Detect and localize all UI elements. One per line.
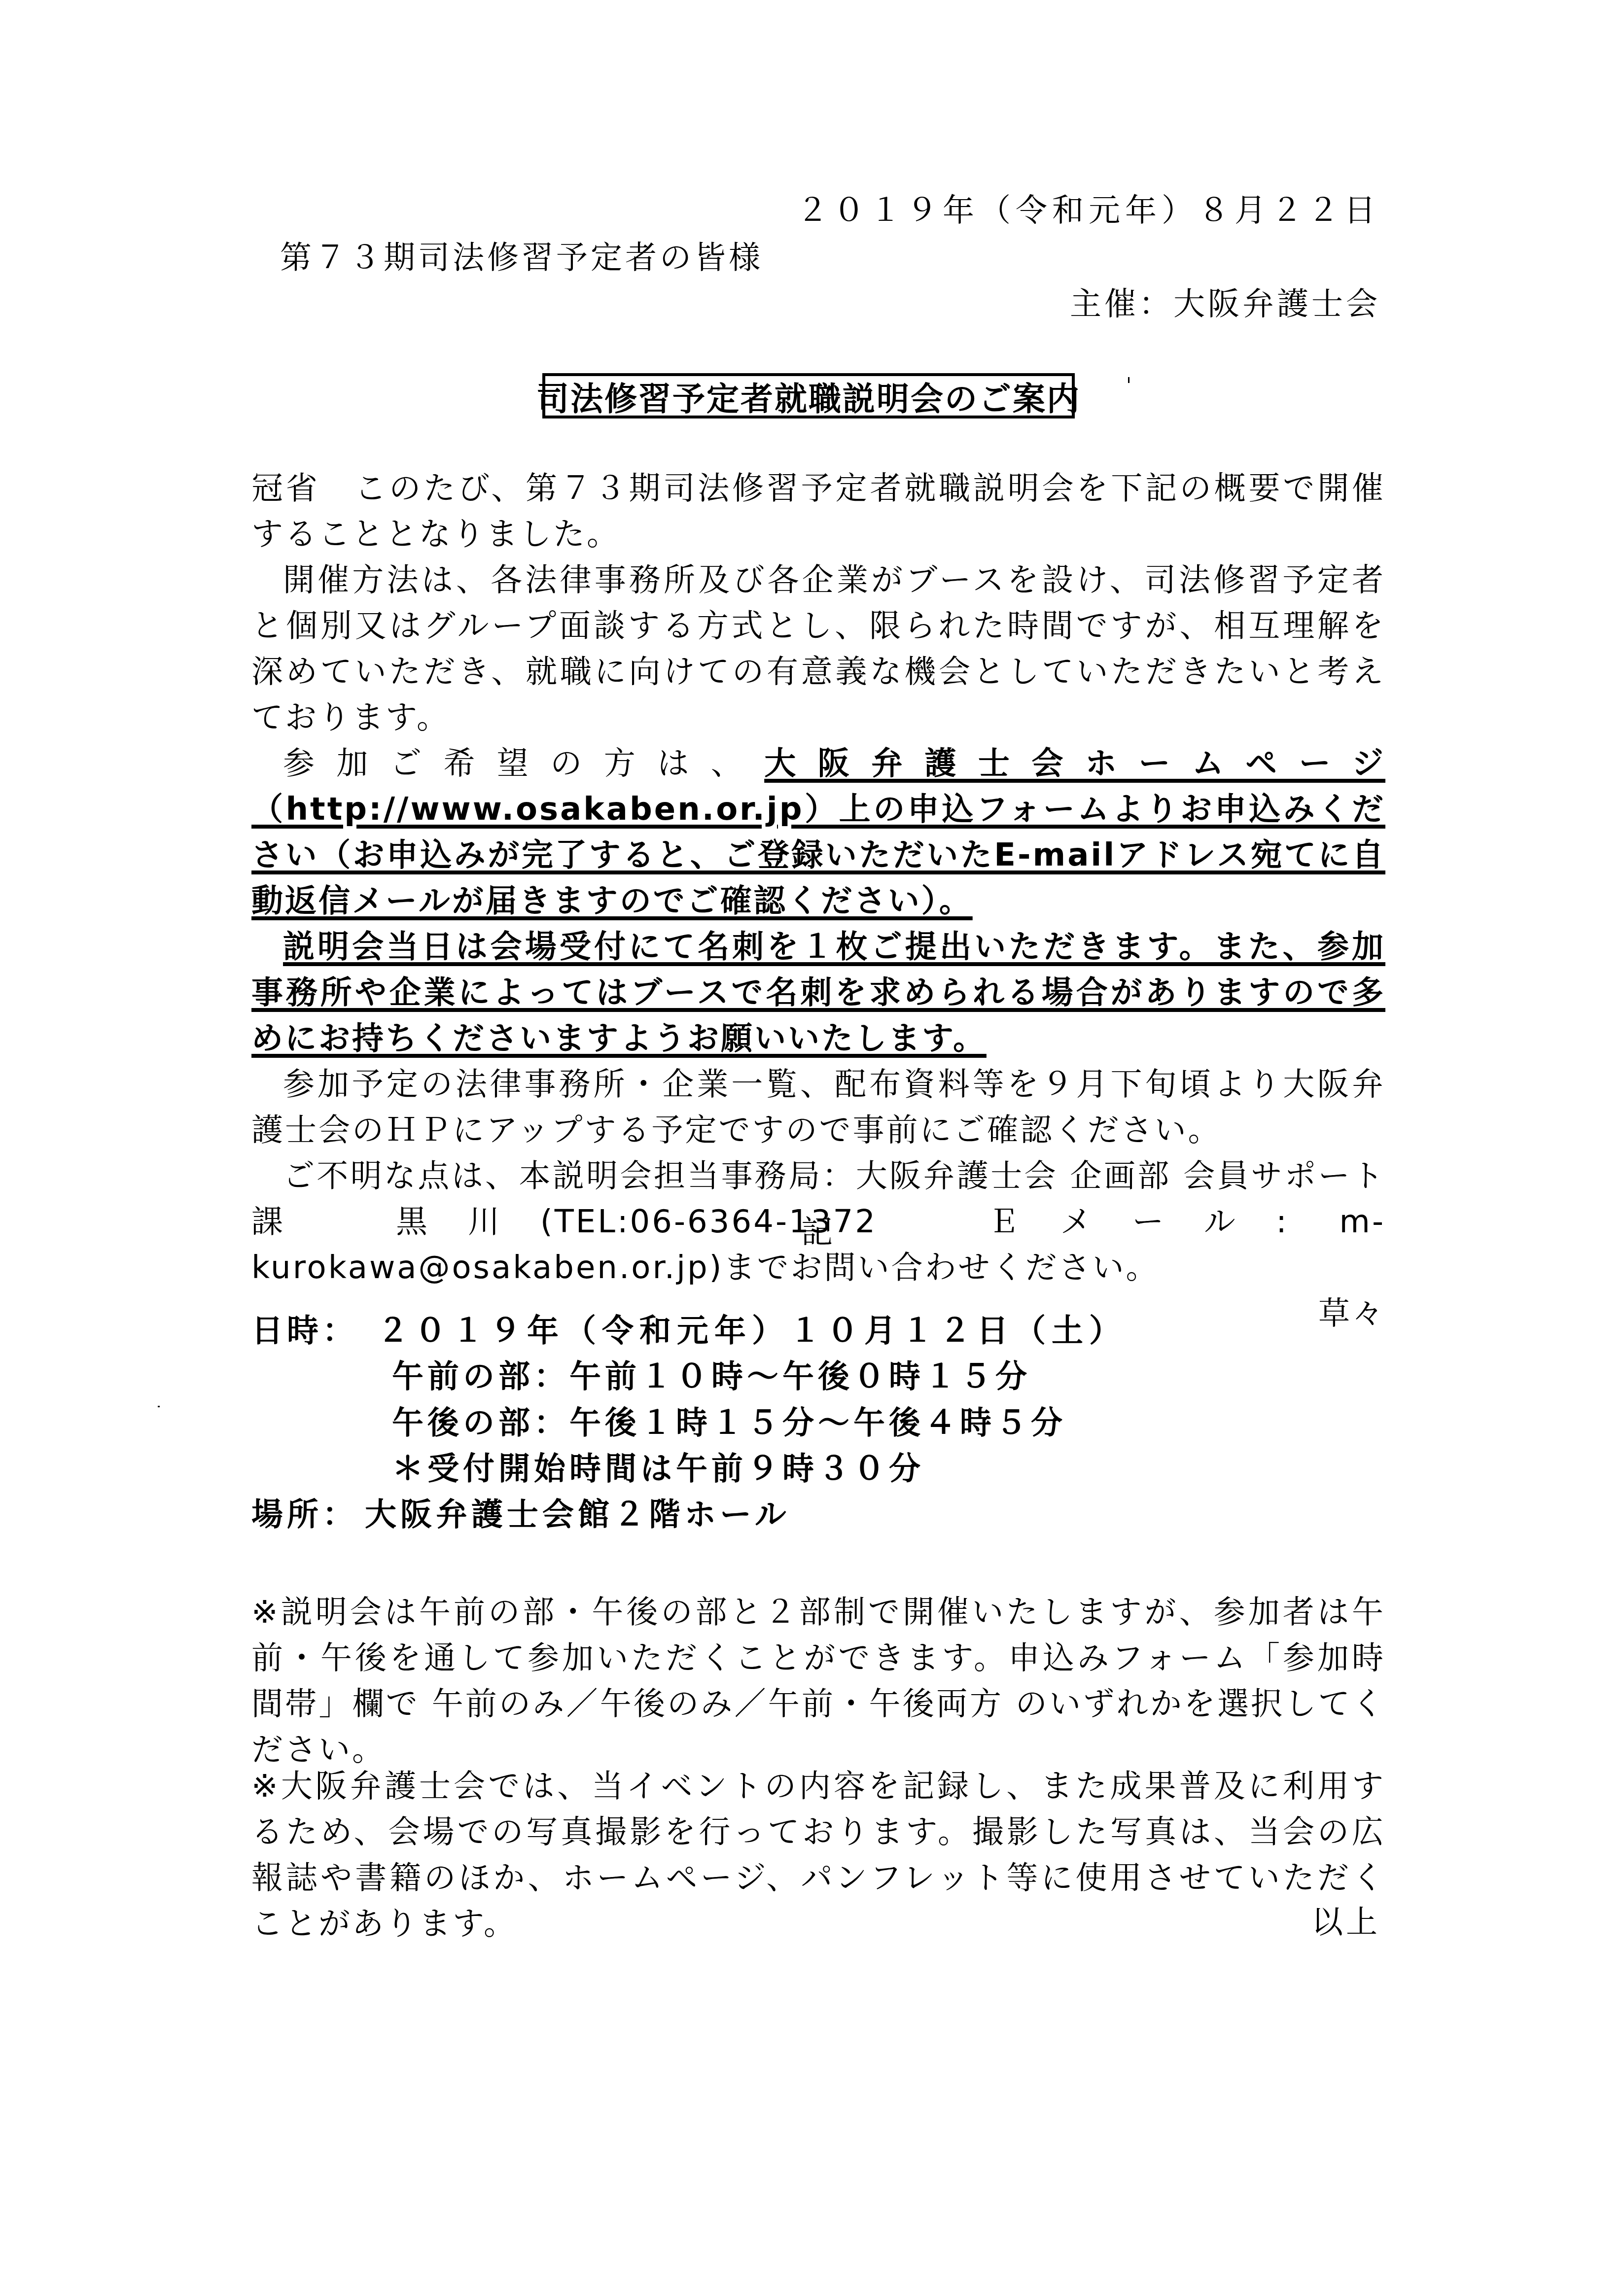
business-card-notice: 説明会当日は会場受付にて名刺を１枚ご提出いただきます。また、参加事務所や企業によ…: [251, 929, 1385, 1057]
apply-prefix: 参加ご希望の方は、: [283, 745, 764, 782]
apply-paragraph: 参加ご希望の方は、大阪弁護士会ホームページ（http://www.osakabe…: [251, 741, 1385, 924]
reception-time: ＊受付開始時間は午前９時３０分: [392, 1447, 924, 1491]
scan-speck: [1128, 377, 1130, 383]
method-paragraph: 開催方法は、各法律事務所及び各企業がブースを設け、司法修習予定者と個別又はグルー…: [251, 557, 1385, 741]
organizer: 主催：大阪弁護士会: [1070, 282, 1380, 326]
place-value: 大阪弁護士会館２階ホール: [365, 1493, 790, 1537]
morning-session: 午前の部：午前１０時～午後０時１５分: [392, 1355, 1031, 1399]
ki-heading: 記: [801, 1210, 836, 1254]
document-title: 司法修習予定者就職説明会のご案内: [542, 373, 1075, 418]
afternoon-session: 午後の部：午後１時１５分～午後４時５分: [392, 1401, 1066, 1445]
note-2-text: ※大阪弁護士会では、当イベントの内容を記録し、また成果普及に利用するため、会場で…: [251, 1764, 1385, 1947]
business-card-paragraph: 説明会当日は会場受付にて名刺を１枚ご提出いただきます。また、参加事務所や企業によ…: [251, 924, 1385, 1062]
intro-paragraph: 冠省 このたび、第７３期司法修習予定者就職説明会を下記の概要で開催することとなり…: [251, 466, 1385, 557]
note-photography: ※大阪弁護士会では、当イベントの内容を記録し、また成果普及に利用するため、会場で…: [251, 1764, 1385, 1947]
place-label: 場所：: [251, 1493, 358, 1537]
scan-speck: [158, 1406, 160, 1407]
datetime-label: 日時：: [251, 1309, 358, 1353]
document-date: ２０１９年（令和元年）８月２２日: [797, 188, 1380, 233]
addressee: 第７３期司法修習予定者の皆様: [280, 236, 763, 280]
participants-list-paragraph: 参加予定の法律事務所・企業一覧、配布資料等を９月下旬頃より大阪弁護士会のＨＰにア…: [251, 1062, 1385, 1153]
note-1-text: ※説明会は午前の部・午後の部と２部制で開催いたしますが、参加者は午前・午後を通し…: [251, 1590, 1385, 1773]
letter-body: 冠省 このたび、第７３期司法修習予定者就職説明会を下記の概要で開催することとなり…: [251, 466, 1385, 1337]
note-session-selection: ※説明会は午前の部・午後の部と２部制で開催いたしますが、参加者は午前・午後を通し…: [251, 1590, 1385, 1773]
datetime-value: ２０１９年（令和元年）１０月１２日（土）: [377, 1309, 1127, 1353]
end-mark: 以上: [1311, 1900, 1380, 1945]
document-page: ２０１９年（令和元年）８月２２日 第７３期司法修習予定者の皆様 主催：大阪弁護士…: [0, 0, 1624, 2296]
